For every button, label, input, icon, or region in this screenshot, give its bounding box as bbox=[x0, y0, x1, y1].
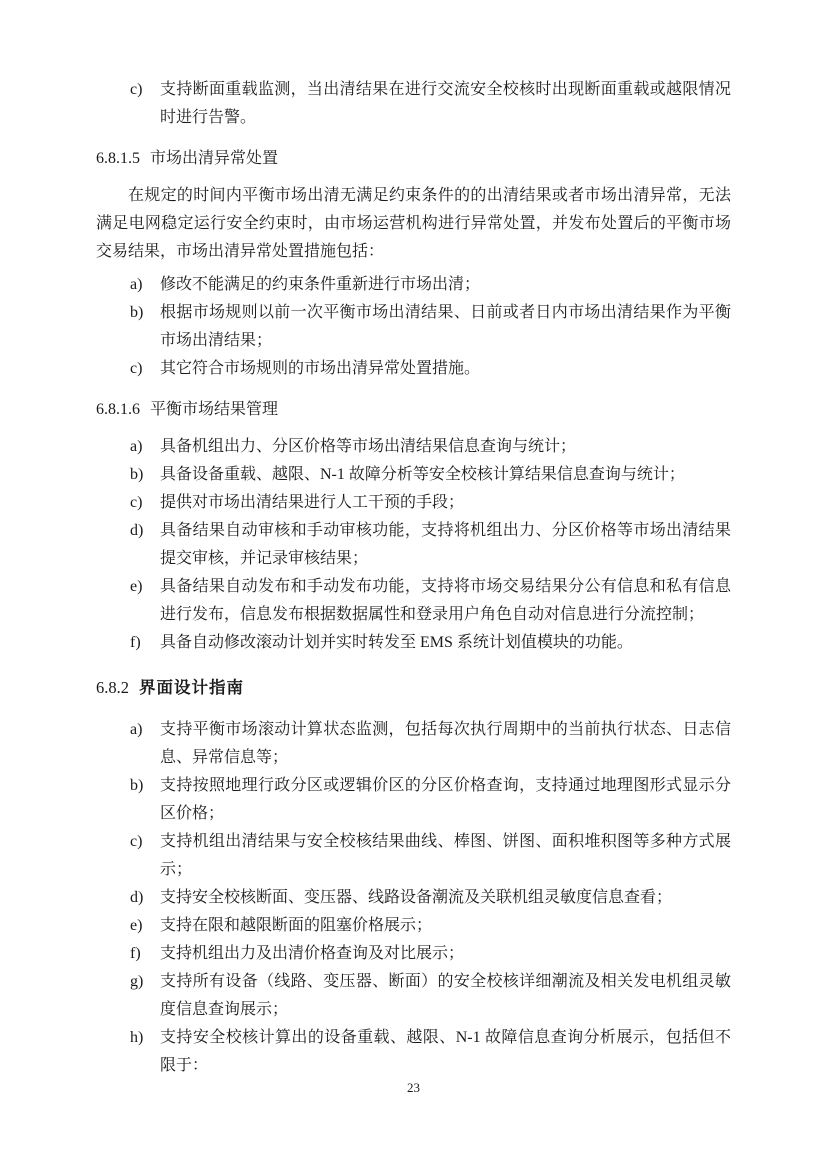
list-item-label: d) bbox=[130, 884, 143, 912]
list-item: b) 支持按照地理行政分区或逻辑价区的分区价格查询，支持通过地理图形式显示分区价… bbox=[96, 772, 731, 828]
list-item-label: g) bbox=[130, 968, 143, 996]
list-item: f) 支持机组出力及出清价格查询及对比展示； bbox=[96, 940, 731, 968]
list-item: a) 具备机组出力、分区价格等市场出清结果信息查询与统计； bbox=[96, 433, 731, 461]
list-item-label: d) bbox=[130, 517, 143, 545]
list-item-text: 支持安全校核计算出的设备重载、越限、N-1 故障信息查询分析展示，包括但不限于： bbox=[160, 1024, 731, 1080]
list-item-label: f) bbox=[130, 940, 141, 968]
list-item-text: 支持断面重载监测，当出清结果在进行交流安全校核时出现断面重载或越限情况时进行告警… bbox=[160, 76, 731, 132]
list-item-text: 根据市场规则以前一次平衡市场出清结果、日前或者日内市场出清结果作为平衡市场出清结… bbox=[160, 299, 731, 355]
list-item-text: 支持安全校核断面、变压器、线路设备潮流及关联机组灵敏度信息查看； bbox=[160, 884, 731, 912]
section-heading-6-8-2: 6.8.2界面设计指南 bbox=[96, 673, 731, 703]
section-number: 6.8.1.6 bbox=[96, 401, 140, 418]
list-item-text: 具备结果自动审核和手动审核功能，支持将机组出力、分区价格等市场出清结果提交审核，… bbox=[160, 517, 731, 573]
page-number: 23 bbox=[407, 1080, 420, 1095]
list-item: c) 支持机组出清结果与安全校核结果曲线、棒图、饼图、面积堆积图等多种方式展示； bbox=[96, 828, 731, 884]
section-number: 6.8.1.5 bbox=[96, 150, 140, 167]
section-paragraph: 在规定的时间内平衡市场出清无满足约束条件的的出清结果或者市场出清异常，无法满足电… bbox=[96, 182, 731, 266]
list-item-label: b) bbox=[130, 461, 143, 489]
list-item: c) 提供对市场出清结果进行人工干预的手段； bbox=[96, 489, 731, 517]
list-item-label: b) bbox=[130, 299, 143, 327]
list-item: e) 支持在限和越限断面的阻塞价格展示； bbox=[96, 912, 731, 940]
list-item-text: 提供对市场出清结果进行人工干预的手段； bbox=[160, 489, 731, 517]
section-title: 平衡市场结果管理 bbox=[150, 401, 278, 418]
list-item-label: c) bbox=[130, 828, 142, 856]
section-title: 界面设计指南 bbox=[139, 679, 244, 697]
list-item: e) 具备结果自动发布和手动发布功能，支持将市场交易结果分公有信息和私有信息进行… bbox=[96, 573, 731, 629]
page-content: c) 支持断面重载监测，当出清结果在进行交流安全校核时出现断面重载或越限情况时进… bbox=[96, 76, 731, 1080]
section-number: 6.8.2 bbox=[96, 678, 129, 697]
document-page: c) 支持断面重载监测，当出清结果在进行交流安全校核时出现断面重载或越限情况时进… bbox=[0, 0, 827, 1169]
list-item-text: 支持机组出清结果与安全校核结果曲线、棒图、饼图、面积堆积图等多种方式展示； bbox=[160, 828, 731, 884]
list-item: a) 支持平衡市场滚动计算状态监测，包括每次执行周期中的当前执行状态、日志信息、… bbox=[96, 716, 731, 772]
list-item: d) 具备结果自动审核和手动审核功能，支持将机组出力、分区价格等市场出清结果提交… bbox=[96, 517, 731, 573]
list-item-label: e) bbox=[130, 573, 142, 601]
list-item-text: 支持机组出力及出清价格查询及对比展示； bbox=[160, 940, 731, 968]
list-item-text: 具备机组出力、分区价格等市场出清结果信息查询与统计； bbox=[160, 433, 731, 461]
list-item-label: e) bbox=[130, 912, 142, 940]
list-item: h) 支持安全校核计算出的设备重载、越限、N-1 故障信息查询分析展示，包括但不… bbox=[96, 1024, 731, 1080]
list-item: f) 具备自动修改滚动计划并实时转发至 EMS 系统计划值模块的功能。 bbox=[96, 629, 731, 657]
list-item: a) 修改不能满足的约束条件重新进行市场出清； bbox=[96, 271, 731, 299]
list-item: c) 支持断面重载监测，当出清结果在进行交流安全校核时出现断面重载或越限情况时进… bbox=[96, 76, 731, 132]
list-item-label: a) bbox=[130, 716, 142, 744]
list-item-text: 具备自动修改滚动计划并实时转发至 EMS 系统计划值模块的功能。 bbox=[160, 629, 731, 657]
list-item: b) 具备设备重载、越限、N-1 故障分析等安全校核计算结果信息查询与统计； bbox=[96, 461, 731, 489]
list-item-text: 支持平衡市场滚动计算状态监测，包括每次执行周期中的当前执行状态、日志信息、异常信… bbox=[160, 716, 731, 772]
list-item-text: 其它符合市场规则的市场出清异常处置措施。 bbox=[160, 355, 731, 383]
list-item: g) 支持所有设备（线路、变压器、断面）的安全校核详细潮流及相关发电机组灵敏度信… bbox=[96, 968, 731, 1024]
list-item-text: 支持所有设备（线路、变压器、断面）的安全校核详细潮流及相关发电机组灵敏度信息查询… bbox=[160, 968, 731, 1024]
list-item-label: a) bbox=[130, 271, 142, 299]
list-item-text: 支持按照地理行政分区或逻辑价区的分区价格查询，支持通过地理图形式显示分区价格； bbox=[160, 772, 731, 828]
list-item: d) 支持安全校核断面、变压器、线路设备潮流及关联机组灵敏度信息查看； bbox=[96, 884, 731, 912]
list-item-label: c) bbox=[130, 76, 142, 104]
list-item-label: a) bbox=[130, 433, 142, 461]
page-footer: 23 bbox=[0, 1080, 827, 1096]
section-heading-6-8-1-6: 6.8.1.6平衡市场结果管理 bbox=[96, 396, 731, 424]
list-item: c) 其它符合市场规则的市场出清异常处置措施。 bbox=[96, 355, 731, 383]
list-item: b) 根据市场规则以前一次平衡市场出清结果、日前或者日内市场出清结果作为平衡市场… bbox=[96, 299, 731, 355]
list-item-label: c) bbox=[130, 489, 142, 517]
list-item-text: 支持在限和越限断面的阻塞价格展示； bbox=[160, 912, 731, 940]
list-item-text: 具备结果自动发布和手动发布功能，支持将市场交易结果分公有信息和私有信息进行发布，… bbox=[160, 573, 731, 629]
section-title: 市场出清异常处置 bbox=[150, 150, 278, 167]
list-item-label: b) bbox=[130, 772, 143, 800]
list-item-label: c) bbox=[130, 355, 142, 383]
list-item-text: 修改不能满足的约束条件重新进行市场出清； bbox=[160, 271, 731, 299]
section-heading-6-8-1-5: 6.8.1.5市场出清异常处置 bbox=[96, 145, 731, 173]
list-item-label: f) bbox=[130, 629, 141, 657]
list-item-text: 具备设备重载、越限、N-1 故障分析等安全校核计算结果信息查询与统计； bbox=[160, 461, 731, 489]
list-item-label: h) bbox=[130, 1024, 143, 1052]
